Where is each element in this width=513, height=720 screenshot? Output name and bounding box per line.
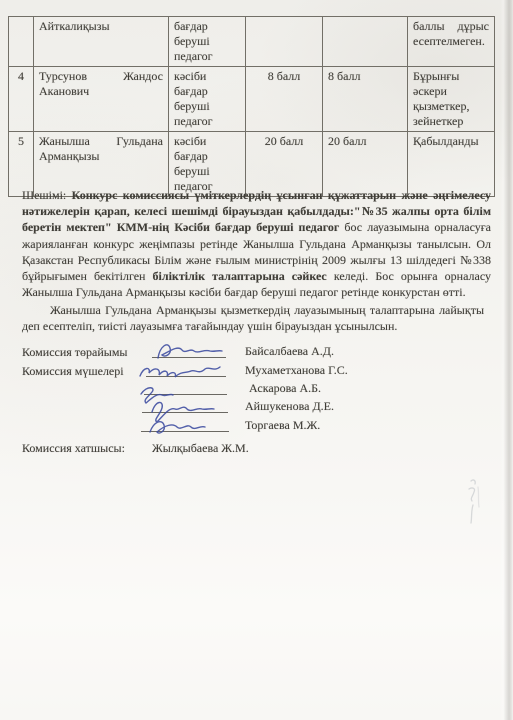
scan-edge-shadow [500,0,513,720]
secretary-label: Комиссия хатшысы: [22,441,125,456]
signature-name: Байсалбаева А.Д. [245,344,334,359]
cell-candidate-name: Турсунов Жандос Аканович [34,67,169,132]
signature-name: Торгаева М.Ж. [245,418,320,433]
cell-note: баллы дұрыс есептелмеген. [408,17,495,67]
recommendation-paragraph: Жанылша Гульдана Арманқызы қызметкердің … [22,302,484,334]
table-row: 4 Турсунов Жандос Аканович кәсіби бағдар… [9,67,495,132]
signature-scribble [152,402,214,422]
secretary-name: Жылқыбаева Ж.М. [152,441,249,456]
cell-position: кәсіби бағдар беруші педагог [169,67,246,132]
faint-pencil-smudge [455,475,489,537]
signature-name: Мухаметханова Г.С. [245,363,348,378]
signature-name: Аскарова А.Б. [249,381,321,396]
candidates-table: Айткалиқызы бағдар беруші педагог баллы … [8,16,495,197]
cell-score-1: 8 балл [246,67,323,132]
signature-scribble [150,422,205,433]
signature-scribble [158,345,222,358]
cell-row-number [9,17,34,67]
cell-score-2: 8 балл [323,67,408,132]
signature-scribble [140,367,220,377]
commission-chair-label: Комиссия төрайымы [22,345,128,360]
table-row: Айткалиқызы бағдар беруші педагог баллы … [9,17,495,67]
cell-score-2 [323,17,408,67]
signature-scribble [141,388,173,403]
decision-paragraph: Шешімі: Конкурс комиссиясы үміткерлердің… [22,187,491,300]
handwritten-signatures-ink [128,336,258,440]
signature-name: Айшукенова Д.Е. [245,399,334,414]
cell-row-number: 4 [9,67,34,132]
scanned-document-page: Айткалиқызы бағдар беруші педагог баллы … [0,0,513,720]
cell-position: бағдар беруші педагог [169,17,246,67]
cell-score-1 [246,17,323,67]
cell-candidate-name: Айткалиқызы [34,17,169,67]
commission-members-label: Комиссия мүшелері [22,364,124,379]
cell-note: Бұрынғы әскери қызметкер, зейнеткер [408,67,495,132]
